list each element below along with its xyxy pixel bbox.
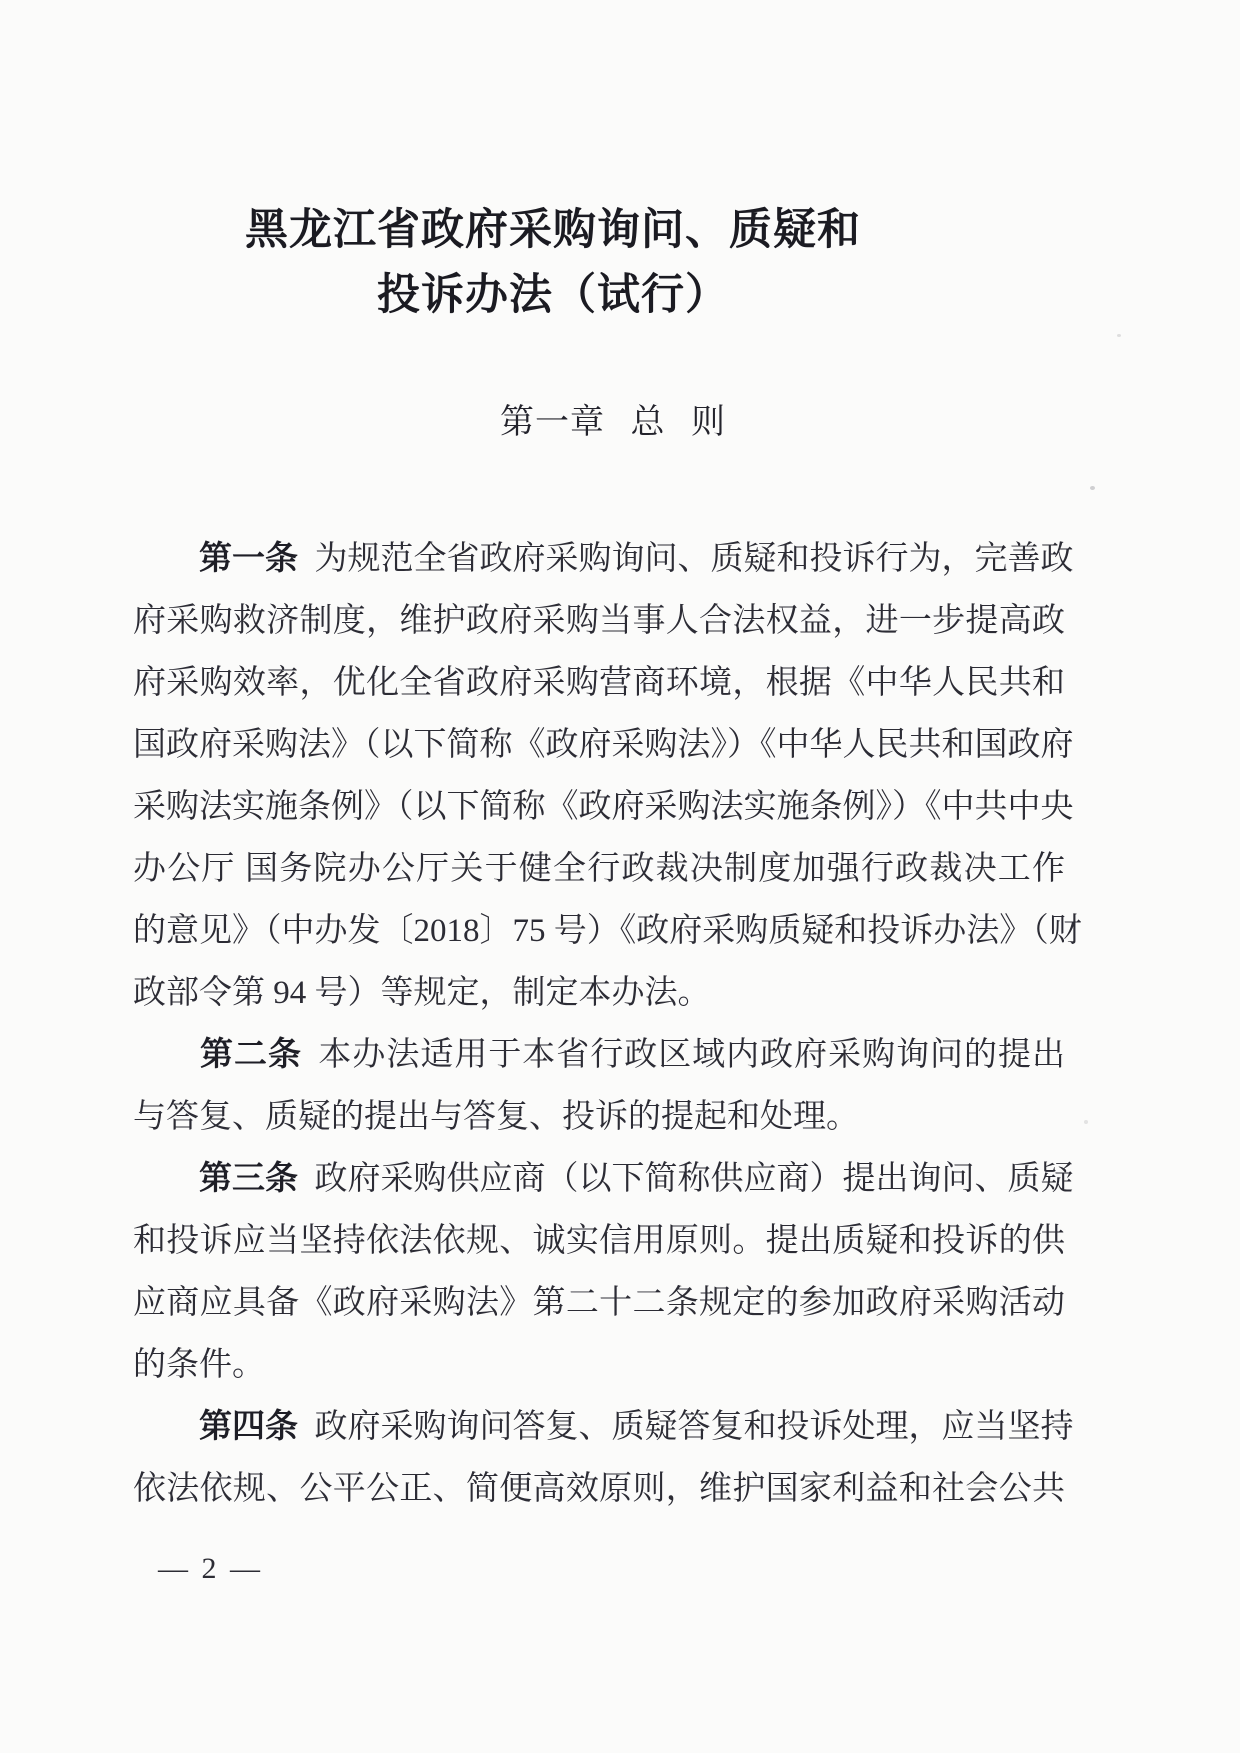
article-label: 第二条 [199,1037,302,1073]
body-line: 的意见》（中办发〔2018〕75 号）《政府采购质疑和投诉办法》（财 [133,900,1065,962]
body-line: 第四条政府采购询问答复、质疑答复和投诉处理，应当坚持 [133,1396,1065,1458]
body-line: 第二条本办法适用于本省行政区域内政府采购询问的提出 [133,1024,1065,1086]
title-line-2: 投诉办法（试行） [87,263,1019,328]
chapter-heading: 第一章 总 则 [147,394,1079,443]
scan-speck [1117,334,1121,337]
article-text: 政府采购询问答复、质疑答复和投诉处理，应当坚持 [315,1409,1074,1445]
body-line: 第一条为规范全省政府采购询问、质疑和投诉行为，完善政 [133,528,1065,590]
article-label: 第四条 [199,1409,298,1445]
document-title: 黑龙江省政府采购询问、质疑和 投诉办法（试行） [87,198,1019,328]
body-line: 府采购救济制度，维护政府采购当事人合法权益，进一步提高政 [133,590,1065,652]
article-text: 本办法适用于本省行政区域内政府采购询问的提出 [318,1037,1065,1073]
scan-speck [1084,1120,1088,1124]
article-label: 第三条 [199,1161,298,1197]
document-page: 黑龙江省政府采购询问、质疑和 投诉办法（试行） 第一章 总 则 第一条为规范全省… [0,0,1240,1753]
scan-speck [1090,486,1095,490]
document-body: 第一条为规范全省政府采购询问、质疑和投诉行为，完善政府采购救济制度，维护政府采购… [133,528,1065,1520]
body-line: 采购法实施条例》（以下简称《政府采购法实施条例》）《中共中央 [133,776,1065,838]
body-line: 府采购效率，优化全省政府采购营商环境，根据《中华人民共和 [133,652,1065,714]
body-line: 与答复、质疑的提出与答复、投诉的提起和处理。 [133,1086,1065,1148]
page-number: — 2 — [158,1552,263,1586]
body-line: 应商应具备《政府采购法》第二十二条规定的参加政府采购活动 [133,1272,1065,1334]
body-line: 和投诉应当坚持依法依规、诚实信用原则。提出质疑和投诉的供 [133,1210,1065,1272]
body-line: 办公厅 国务院办公厅关于健全行政裁决制度加强行政裁决工作 [133,838,1065,900]
body-line: 政部令第 94 号）等规定，制定本办法。 [133,962,1065,1024]
body-line: 第三条政府采购供应商（以下简称供应商）提出询问、质疑 [133,1148,1065,1210]
article-label: 第一条 [199,541,298,577]
body-line: 的条件。 [133,1334,1065,1396]
body-line: 依法依规、公平公正、简便高效原则，维护国家利益和社会公共 [133,1458,1065,1520]
article-text: 为规范全省政府采购询问、质疑和投诉行为，完善政 [315,541,1074,577]
title-line-1: 黑龙江省政府采购询问、质疑和 [87,198,1019,263]
body-line: 国政府采购法》（以下简称《政府采购法》）《中华人民共和国政府 [133,714,1065,776]
article-text: 政府采购供应商（以下简称供应商）提出询问、质疑 [315,1161,1074,1197]
